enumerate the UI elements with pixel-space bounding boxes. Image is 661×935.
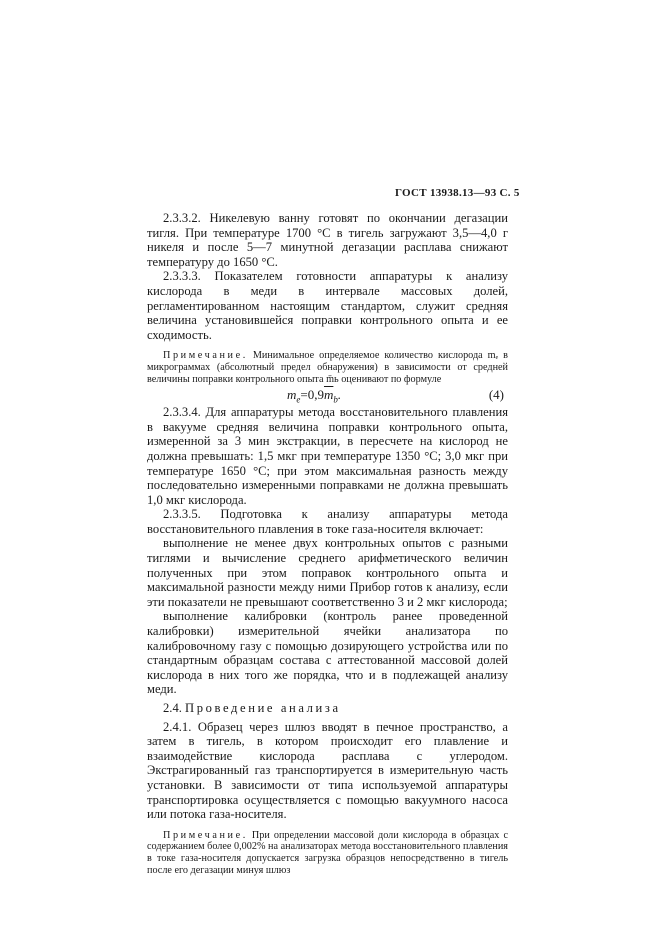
paragraph-2-3-3-4: 2.3.3.4. Для аппаратуры метода восстанов… xyxy=(147,405,508,507)
paragraph-2-3-3-5-a: выполнение не менее двух контрольных опы… xyxy=(147,536,508,609)
text-column: 2.3.3.2. Никелевую ванну готовят по окон… xyxy=(147,211,508,876)
section-heading-2-4: 2.4. Проведение анализа xyxy=(147,701,508,716)
note-1: Примечание. Минимальное определяемое кол… xyxy=(147,350,508,385)
note-label: Примечание. xyxy=(163,350,248,361)
formula-number: (4) xyxy=(489,387,504,403)
note-2: Примечание. При определении массовой дол… xyxy=(147,830,508,876)
running-head: ГОСТ 13938.13—93 С. 5 xyxy=(395,187,520,199)
paragraph-2-4-1: 2.4.1. Образец через шлюз вводят в печно… xyxy=(147,720,508,822)
formula-expression: me=0,9mb. xyxy=(287,387,341,405)
document-page: ГОСТ 13938.13—93 С. 5 2.3.3.2. Никелевую… xyxy=(0,0,661,935)
paragraph-2-3-3-3: 2.3.3.3. Показателем готовности аппарату… xyxy=(147,269,508,342)
formula-4: me=0,9mb. (4) xyxy=(147,385,508,405)
paragraph-2-3-3-5: 2.3.3.5. Подготовка к анализу аппаратуры… xyxy=(147,507,508,536)
paragraph-2-3-3-2: 2.3.3.2. Никелевую ванну готовят по окон… xyxy=(147,211,508,269)
note-label: Примечание. xyxy=(163,830,248,841)
paragraph-2-3-3-5-b: выполнение калибровки (контроль ранее пр… xyxy=(147,609,508,697)
